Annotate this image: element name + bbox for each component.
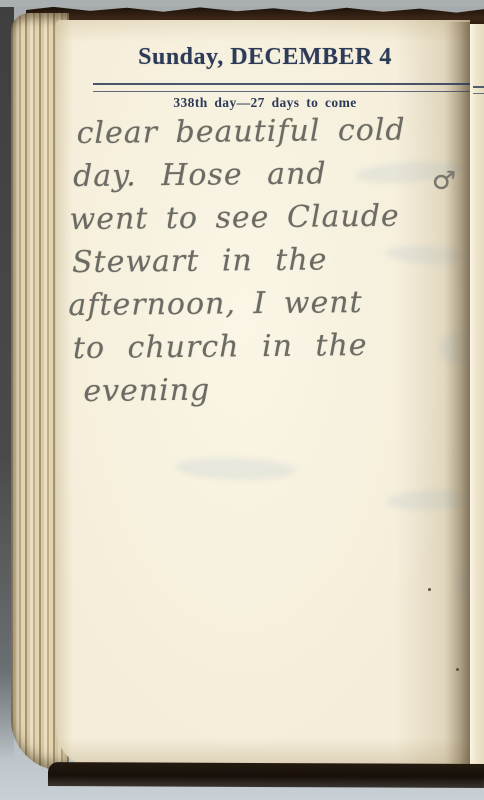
page-title: Sunday, DECEMBER 4 <box>70 44 460 71</box>
paper-speck <box>428 588 431 591</box>
handwritten-line: clear beautiful cold <box>76 108 468 155</box>
divider-continuation-mark <box>473 86 484 94</box>
handwritten-line: Stewart in the <box>72 237 470 284</box>
handwritten-line: evening <box>83 366 471 413</box>
male-symbol: ♂ <box>430 165 456 197</box>
header-divider-rule <box>93 83 470 92</box>
handwritten-line: went to see Claude <box>69 194 469 241</box>
scanned-diary-photo: { "scan": { "background_color": "#9aa1a6… <box>0 0 484 800</box>
next-page-edge <box>470 24 484 766</box>
handwritten-line: to church in the <box>73 323 471 370</box>
handwritten-line: afternoon, I went <box>68 280 470 327</box>
diary-entry: clear beautiful cold day. Hose and went … <box>68 108 471 413</box>
book-bottom-edge <box>48 762 484 788</box>
handwritten-line: day. Hose and <box>73 151 469 198</box>
ink-bleed-ghost <box>176 456 297 482</box>
handwritten-line-text: day. Hose and <box>73 156 327 194</box>
scanner-background-top <box>0 0 484 7</box>
